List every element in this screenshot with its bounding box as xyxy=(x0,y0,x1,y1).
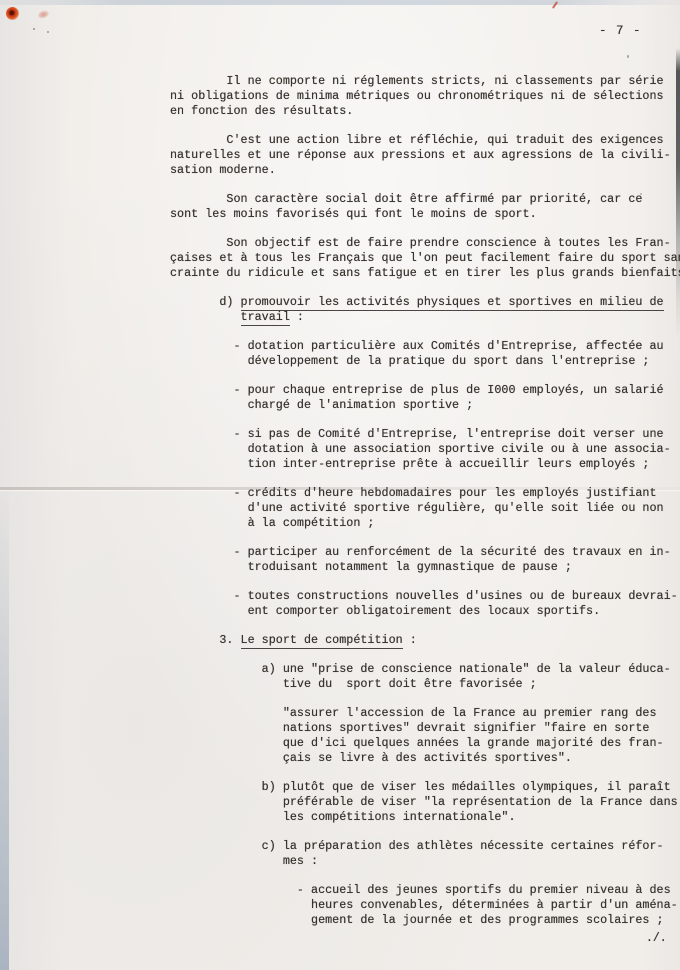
scanner-edge-top xyxy=(0,0,680,5)
bullet-association-civile: - si pas de Comité d'Entreprise, l'entre… xyxy=(170,427,680,472)
quotation-accession-france: "assurer l'accession de la France au pre… xyxy=(170,706,680,766)
item-b-medailles-olympiques: b) plutôt que de viser les médailles oly… xyxy=(170,780,680,825)
heading-3-title: Le sport de compétition xyxy=(241,633,403,649)
bullet-securite-travaux: - participer au renforcément de la sécur… xyxy=(170,545,680,575)
ink-speck xyxy=(33,28,35,30)
paragraph-caractere-social: Son caractère social doit être affirmé p… xyxy=(170,192,680,222)
red-ink-stain xyxy=(6,7,19,20)
heading-3-suffix: : xyxy=(403,633,417,647)
heading-3-sport-competition: 3. Le sport de compétition : xyxy=(170,633,680,648)
document-body: Il ne comporte ni réglements stricts, ni… xyxy=(170,74,680,928)
scanned-page: - 7 - Il ne comporte ni réglements stric… xyxy=(0,0,680,970)
red-ink-smudge xyxy=(37,9,50,19)
heading-d-title-line1: promouvoir les activités physiques et sp… xyxy=(241,295,664,311)
heading-d-title-line2: travail xyxy=(241,310,290,326)
heading-d-milieu-travail: d) promouvoir les activités physiques et… xyxy=(170,295,680,325)
bullet-credits-heure: - crédits d'heure hebdomadaires pour les… xyxy=(170,486,680,531)
heading-3-prefix: 3. xyxy=(170,633,241,647)
scanner-edge-left xyxy=(0,0,9,970)
paragraph-objectif: Son objectif est de faire prendre consci… xyxy=(170,236,680,281)
ink-speck xyxy=(627,55,629,58)
ink-speck xyxy=(47,31,49,33)
heading-d-wrap-indent xyxy=(170,310,241,324)
heading-d-suffix: : xyxy=(290,310,304,324)
item-c-preparation-athletes: c) la préparation des athlètes nécessite… xyxy=(170,839,680,869)
inner-bullet-accueil-jeunes: - accueil des jeunes sportifs du premier… xyxy=(170,883,680,928)
page-number: - 7 - xyxy=(599,24,642,38)
bullet-locaux-sportifs: - toutes constructions nouvelles d'usine… xyxy=(170,589,680,619)
heading-d-prefix: d) xyxy=(170,295,241,309)
bullet-dotation-comites: - dotation particulière aux Comités d'En… xyxy=(170,339,680,369)
continuation-mark: ./. xyxy=(646,932,667,945)
bullet-1000-employes: - pour chaque entreprise de plus de I000… xyxy=(170,383,680,413)
item-a-prise-de-conscience: a) une "prise de conscience nationale" d… xyxy=(170,662,680,692)
paragraph-action-libre: C'est une action libre et réfléchie, qui… xyxy=(170,133,680,178)
paragraph-intro: Il ne comporte ni réglements stricts, ni… xyxy=(170,74,680,119)
